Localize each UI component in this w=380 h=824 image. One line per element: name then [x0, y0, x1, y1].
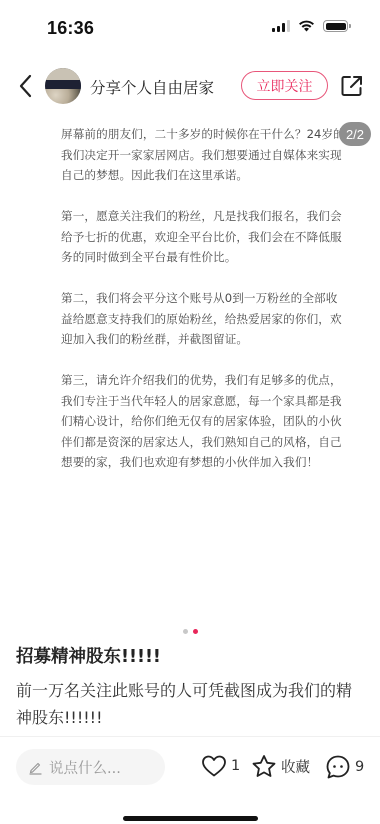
- status-bar: 16:36: [0, 0, 380, 56]
- post-content: 前一万名关注此账号的人可凭截图成为我们的精神股东!!!!!! 精神股东权利：: [16, 677, 366, 736]
- post-image[interactable]: 屏幕前的朋友们，二十多岁的时候你在干什么？24岁的我们决定开一家家居网店。我们想…: [0, 112, 380, 622]
- follow-button[interactable]: 立即关注: [241, 71, 328, 100]
- favorite-button[interactable]: 收藏: [251, 754, 310, 779]
- like-button[interactable]: 1: [201, 754, 240, 778]
- image-text: 屏幕前的朋友们，二十多岁的时候你在干什么？24岁的我们决定开一家家居网店。我们想…: [61, 124, 346, 493]
- carousel-dot-1[interactable]: [183, 629, 188, 634]
- comment-button[interactable]: 9: [325, 754, 364, 780]
- post-title: 招募精神股东!!!!!: [16, 644, 366, 670]
- image-paragraph-2: 第一，愿意关注我们的粉丝，凡是找我们报名，我们会给予七折的优惠，欢迎全平台比价，…: [61, 206, 346, 268]
- bottom-action-bar: 说点什么... 1 收藏 9: [0, 736, 380, 824]
- page-indicator-badge: 2/2: [339, 122, 371, 146]
- chevron-left-icon: [18, 74, 32, 98]
- share-button[interactable]: [340, 74, 364, 98]
- comment-count: 9: [355, 759, 364, 775]
- pencil-icon: [28, 760, 43, 775]
- heart-icon: [201, 754, 227, 778]
- author-name[interactable]: 分享个人自由居家: [90, 76, 214, 98]
- carousel-dot-2-active[interactable]: [193, 629, 198, 634]
- cellular-signal-icon: [272, 20, 290, 32]
- status-time: 16:36: [47, 18, 94, 39]
- share-external-icon: [340, 74, 364, 98]
- favorite-label: 收藏: [281, 756, 310, 777]
- status-icons: [272, 20, 348, 32]
- post-content-line-1: 前一万名关注此账号的人可凭截图成为我们的精神股东!!!!!!: [16, 677, 366, 731]
- comment-bubble-icon: [325, 754, 351, 780]
- image-paragraph-4: 第三，请允许介绍我们的优势，我们有足够多的优点，我们专注于当代年轻人的居家意愿，…: [61, 370, 346, 473]
- comment-input[interactable]: 说点什么...: [16, 749, 165, 785]
- star-icon: [251, 754, 277, 779]
- comment-placeholder: 说点什么...: [49, 757, 121, 778]
- home-indicator[interactable]: [123, 816, 258, 821]
- image-paragraph-1: 屏幕前的朋友们，二十多岁的时候你在干什么？24岁的我们决定开一家家居网店。我们想…: [61, 124, 346, 186]
- back-button[interactable]: [14, 72, 36, 100]
- battery-icon: [323, 20, 348, 32]
- avatar[interactable]: [45, 68, 81, 104]
- like-count: 1: [231, 758, 240, 774]
- wifi-icon: [298, 20, 315, 32]
- image-paragraph-3: 第二，我们将会平分这个账号从0到一万粉丝的全部收益给愿意支持我们的原始粉丝，给热…: [61, 288, 346, 350]
- carousel-dots: [0, 629, 380, 634]
- nav-bar: 分享个人自由居家 立即关注: [0, 64, 380, 108]
- post-body: 招募精神股东!!!!! 前一万名关注此账号的人可凭截图成为我们的精神股东!!!!…: [16, 644, 366, 736]
